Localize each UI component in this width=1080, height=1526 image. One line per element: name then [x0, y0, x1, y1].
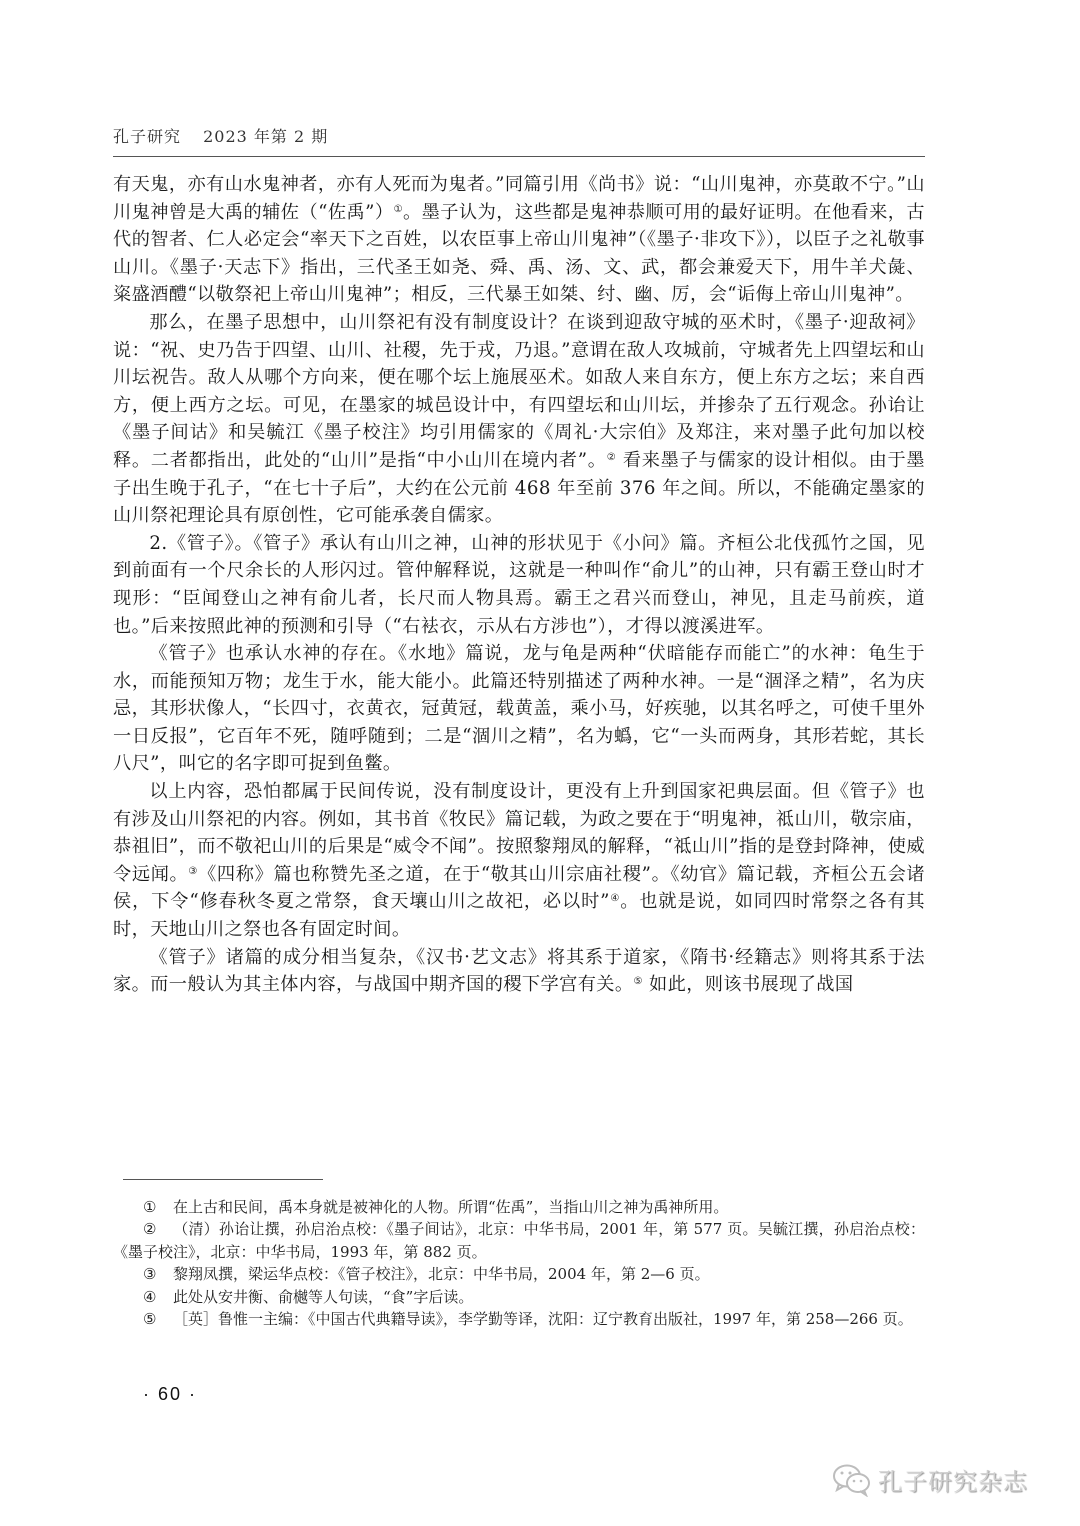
footnote-number: ②	[143, 1218, 173, 1240]
wechat-icon	[832, 1463, 872, 1497]
footnote-number: ④	[143, 1286, 173, 1308]
footnote: ④此处从安井衡、俞樾等人句读，“食”字后读。	[113, 1286, 925, 1308]
footnote-number: ①	[143, 1196, 173, 1218]
journal-page: 孔子研究 2023 年第 2 期 有天鬼，亦有山水鬼神者，亦有人死而为鬼者。”同…	[0, 0, 1080, 1526]
page-number: · 60 ·	[143, 1384, 197, 1405]
watermark-label: 孔子研究杂志	[878, 1462, 1028, 1497]
footnote-ref[interactable]: ①	[394, 204, 403, 215]
footnotes: ①在上古和民间，禹本身就是被神化的人物。所谓“佐禹”，当指山川之神为禹神所用。 …	[113, 1196, 925, 1330]
footnote-ref[interactable]: ②	[607, 452, 617, 463]
paragraph: 《管子》也承认水神的存在。《水地》篇说，龙与龟是两种“伏暗能存而能亡”的水神：龟…	[113, 640, 925, 778]
footnote-number: ⑤	[143, 1308, 173, 1330]
watermark: 孔子研究杂志	[832, 1462, 1028, 1497]
footnote-ref[interactable]: ④	[610, 893, 620, 904]
footnote: ①在上古和民间，禹本身就是被神化的人物。所谓“佐禹”，当指山川之神为禹神所用。	[113, 1196, 925, 1218]
paragraph: 《管子》诸篇的成分相当复杂，《汉书·艺文志》将其系于道家，《隋书·经籍志》则将其…	[113, 944, 925, 999]
paragraph: 2.《管子》。《管子》承认有山川之神，山神的形状见于《小问》篇。齐桓公北伐孤竹之…	[113, 530, 925, 640]
running-head: 孔子研究 2023 年第 2 期	[113, 124, 925, 157]
issue-label: 2023 年第 2 期	[203, 127, 328, 146]
paragraph: 那么，在墨子思想中，山川祭祀有没有制度设计？在谈到迎敌守城的巫术时，《墨子·迎敌…	[113, 309, 925, 530]
footnote: ②（清）孙诒让撰，孙启治点校：《墨子间诂》，北京：中华书局，2001 年，第 5…	[113, 1218, 925, 1263]
article-body: 有天鬼，亦有山水鬼神者，亦有人死而为鬼者。”同篇引用《尚书》说：“山川鬼神，亦莫…	[113, 171, 925, 999]
footnote-ref[interactable]: ③	[188, 866, 198, 877]
journal-name: 孔子研究	[113, 127, 181, 146]
footnote-number: ③	[143, 1263, 173, 1285]
paragraph: 有天鬼，亦有山水鬼神者，亦有人死而为鬼者。”同篇引用《尚书》说：“山川鬼神，亦莫…	[113, 171, 925, 309]
footnote: ⑤［英］鲁惟一主编：《中国古代典籍导读》，李学勤等译，沈阳：辽宁教育出版社，19…	[113, 1308, 925, 1330]
footnote-ref[interactable]: ⑤	[633, 976, 642, 987]
footnote-divider	[123, 1179, 323, 1180]
paragraph: 以上内容，恐怕都属于民间传说，没有制度设计，更没有上升到国家祀典层面。但《管子》…	[113, 778, 925, 944]
footnote: ③黎翔凤撰，梁运华点校：《管子校注》，北京：中华书局，2004 年，第 2—6 …	[113, 1263, 925, 1285]
